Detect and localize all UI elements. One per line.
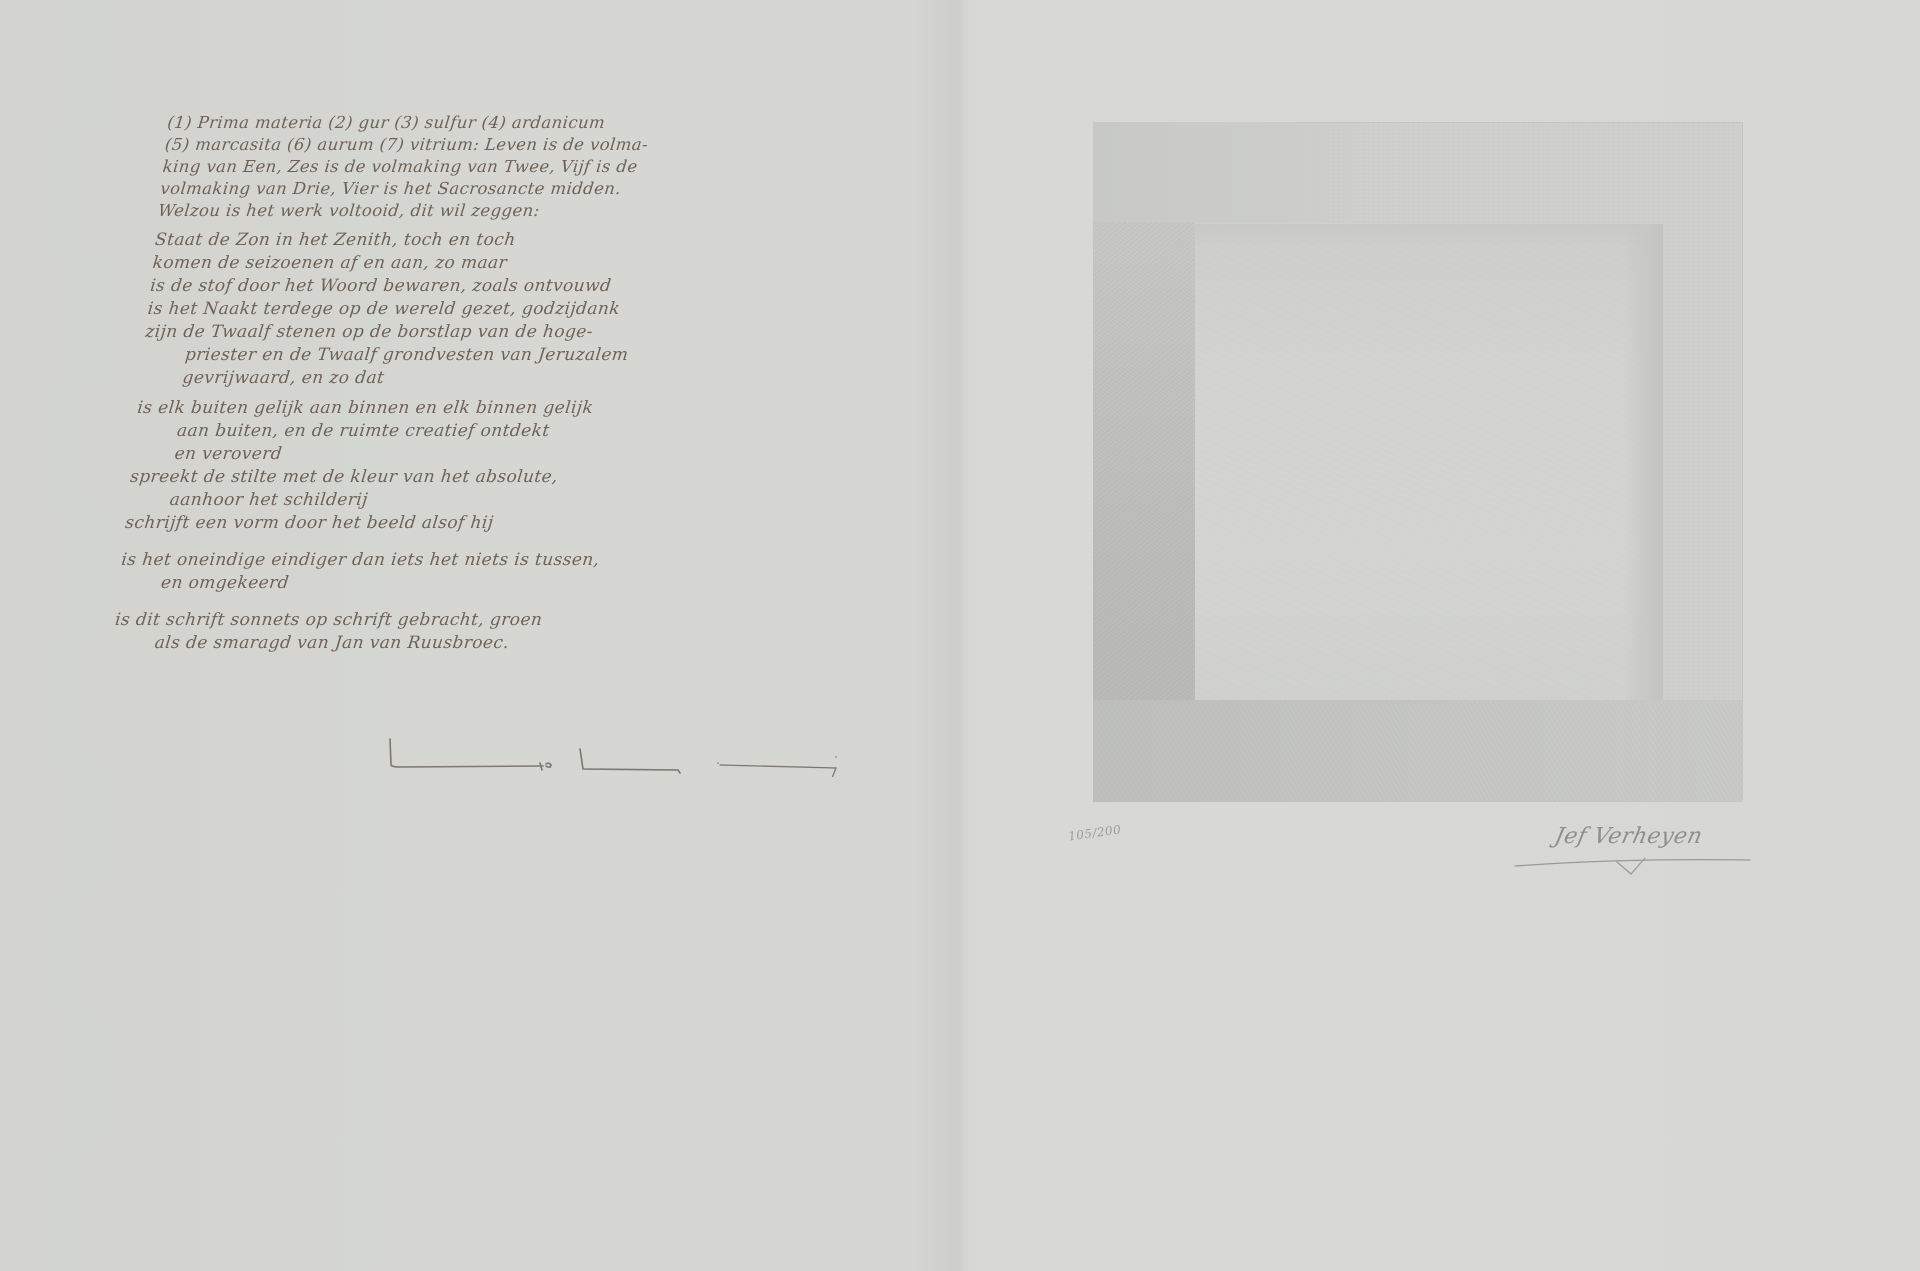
- poem-line: komen de seizoenen af en aan, zo maar: [151, 252, 853, 275]
- poem-line: gevrijwaard, en zo dat: [139, 367, 841, 390]
- poem-line: Staat de Zon in het Zenith, toch en toch: [154, 229, 856, 252]
- poem-line: als de smaragd van Jan van Ruusbroec.: [111, 632, 813, 655]
- bottom-band: [1093, 700, 1743, 802]
- handwritten-poem: (1) Prima materia (2) gur (3) sulfur (4)…: [111, 112, 868, 655]
- intro-line: (5) marcasita (6) aurum (7) vitrium: Lev…: [164, 134, 866, 156]
- poem-line: en omgekeerd: [118, 572, 820, 595]
- intro-line: (1) Prima materia (2) gur (3) sulfur (4)…: [166, 112, 868, 134]
- poem-line: is het Naakt terdege op de wereld gezet,…: [147, 298, 849, 321]
- poem-line: aanhoor het schilderij: [126, 489, 828, 512]
- author-signature: [388, 737, 858, 777]
- poem-line: priester en de Twaalf grondvesten van Je…: [142, 344, 844, 367]
- inner-square: [1195, 224, 1663, 700]
- poem-line: en veroverd: [131, 443, 833, 466]
- poem-line: is het oneindige eindiger dan iets het n…: [120, 549, 822, 572]
- poem-line: is dit schrift sonnets op schrift gebrac…: [114, 609, 816, 632]
- edition-number: 105/200: [1067, 822, 1122, 843]
- book-spread: (1) Prima materia (2) gur (3) sulfur (4)…: [0, 0, 1920, 1271]
- poem-line: spreekt de stilte met de kleur van het a…: [129, 466, 831, 489]
- signature-underline-icon: [1505, 818, 1755, 878]
- poem-line: aan buiten, en de ruimte creatief ontdek…: [134, 420, 836, 443]
- inner-square-top-edge: [1195, 224, 1663, 246]
- right-page: 105/200 Jef Verheyen: [960, 0, 1920, 1271]
- upper-left-shading: [1093, 122, 1373, 222]
- left-page: (1) Prima materia (2) gur (3) sulfur (4)…: [0, 0, 960, 1271]
- graphite-drawing: [1093, 122, 1745, 802]
- poem-verses: Staat de Zon in het Zenith, toch en toch…: [111, 229, 856, 655]
- inner-square-right-edge: [1623, 224, 1663, 700]
- intro-line: volmaking van Drie, Vier is het Sacrosan…: [159, 178, 861, 200]
- poem-line: is elk buiten gelijk aan binnen en elk b…: [136, 397, 838, 420]
- artist-signature: Jef Verheyen: [1505, 818, 1755, 878]
- intro-line: Welzou is het werk voltooid, dit wil zeg…: [157, 200, 859, 222]
- poem-line: schrijft een vorm door het beeld alsof h…: [124, 512, 826, 535]
- intro-line: king van Een, Zes is de volmaking van Tw…: [162, 156, 864, 178]
- poem-line: zijn de Twaalf stenen op de borstlap van…: [144, 321, 846, 344]
- poem-intro: (1) Prima materia (2) gur (3) sulfur (4)…: [157, 112, 869, 222]
- poem-line: is de stof door het Woord bewaren, zoals…: [149, 275, 851, 298]
